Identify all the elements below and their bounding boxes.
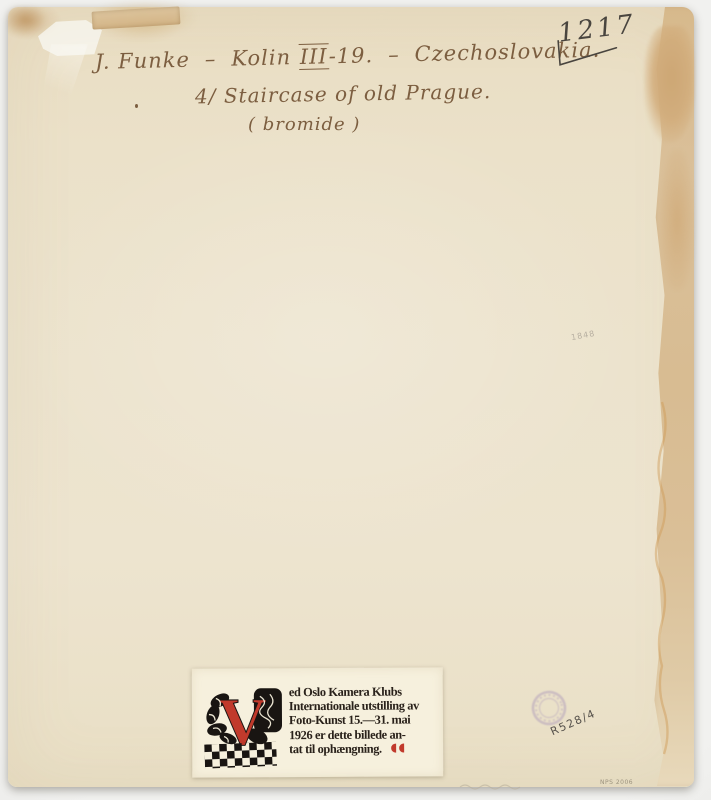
faint-pencil-smudge	[458, 781, 528, 791]
label-line: 1926 er dette billede an-	[289, 727, 439, 742]
title-caption: 4/ Staircase of old Prague.	[195, 78, 575, 109]
dash-separator: –	[205, 47, 217, 71]
author-name: J. Funke	[95, 48, 190, 74]
dash-separator: –	[388, 43, 400, 67]
ink-dot	[135, 104, 138, 108]
archive-code: NPS 2006	[600, 779, 633, 786]
tape-stain-dark	[644, 26, 694, 142]
place-date: Kolin III-19.	[231, 43, 373, 70]
checkerboard-pattern	[204, 742, 277, 769]
tape-stain-mid	[660, 150, 694, 290]
process-note: ( bromide )	[248, 114, 575, 135]
roman-numeral: III	[298, 43, 329, 70]
label-line: Internationale utstilling av	[289, 699, 439, 714]
faint-writing-on-tape	[653, 400, 671, 760]
ink-inscription: J. Funke – Kolin III-19. – Czechoslovaki…	[95, 50, 575, 135]
label-line: ed Oslo Kamera Klubs	[289, 684, 439, 699]
label-line: Foto-Kunst 15.—31. mai	[289, 713, 439, 728]
red-end-marks	[391, 744, 404, 753]
photo-backdrop: J. Funke – Kolin III-19. – Czechoslovaki…	[0, 0, 711, 800]
exhibition-label: V ed Oslo Kamera Klubs Internationale ut…	[192, 667, 444, 777]
label-text-block: ed Oslo Kamera Klubs Internationale utst…	[289, 684, 439, 756]
label-line-last: tat til ophængning.	[289, 741, 439, 756]
